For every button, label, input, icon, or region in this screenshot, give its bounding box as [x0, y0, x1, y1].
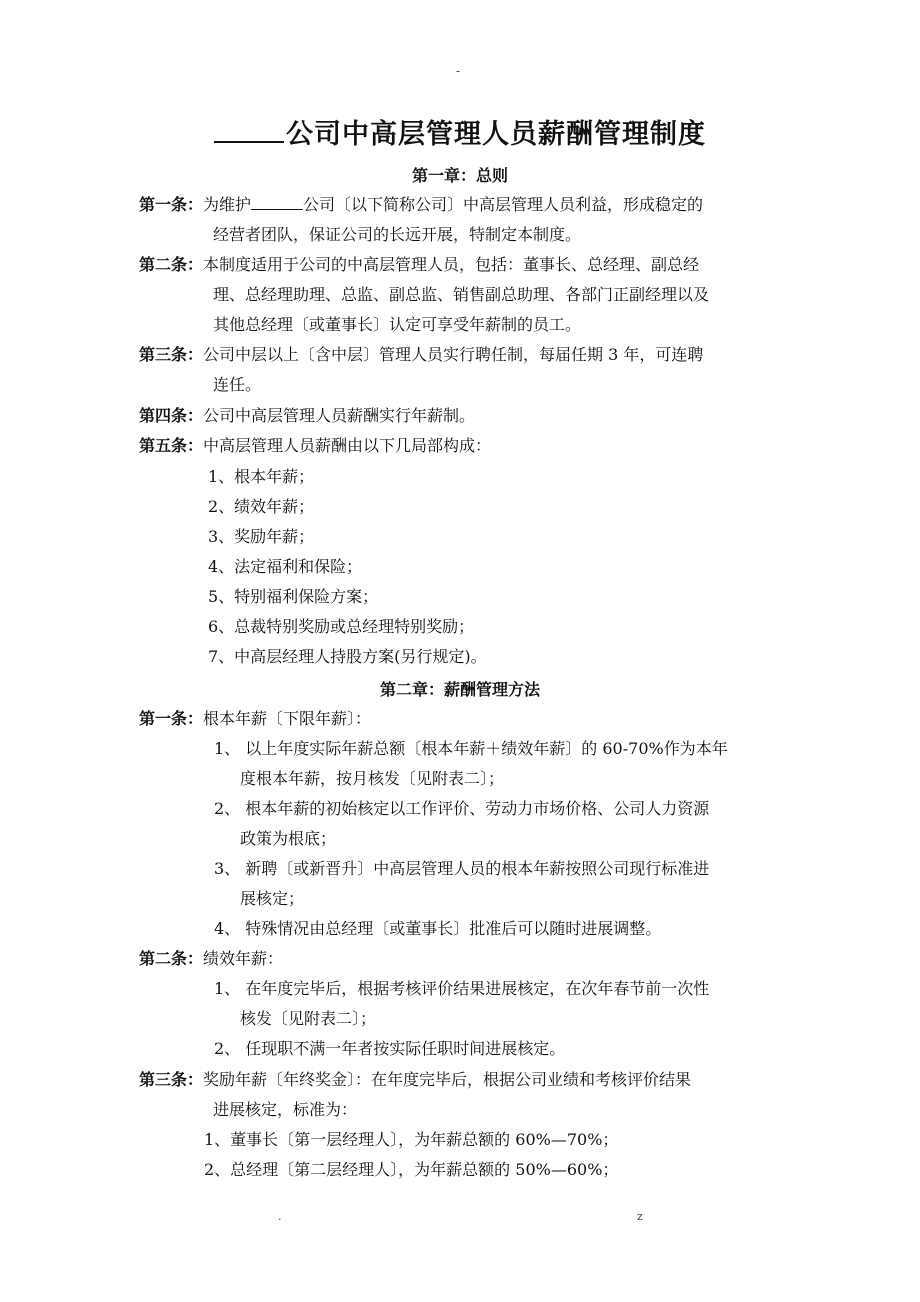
ch2-a2-item-2: 2、 任现职不满一年者按实际任职时间进展核定。: [214, 1038, 565, 1060]
ch2-article-3-line-2: 进展核定，标准为：: [213, 1099, 357, 1121]
component-item: 5、特别福利保险方案；: [208, 586, 378, 608]
ch1-article-2-line-3: 其他总经理〔或董事长〕认定可享受年薪制的员工。: [213, 314, 581, 336]
ch1-article-3-line-1: 第三条：公司中层以上〔含中层〕管理人员实行聘任制，每届任期 3 年，可连聘: [139, 344, 703, 366]
ch2-a1-item-1: 1、 以上年度实际年薪总额〔根本年薪＋绩效年薪〕的 60-70%作为本年: [214, 738, 728, 760]
component-item: 2、绩效年薪；: [208, 496, 314, 518]
chapter-2-heading: 第二章：薪酬管理方法: [0, 677, 920, 700]
component-item: 4、法定福利和保险；: [208, 556, 362, 578]
article-label: 第五条：: [139, 436, 203, 455]
ch1-article-5-line-1: 第五条：中高层管理人员薪酬由以下几局部构成：: [139, 435, 491, 457]
header-mark: -: [456, 64, 460, 78]
title-text: 公司中高层管理人员薪酬管理制度: [286, 119, 706, 150]
chapter-1-heading: 第一章：总则: [0, 163, 920, 186]
component-item: 6、总裁特别奖励或总经理特别奖励；: [208, 616, 474, 638]
ch1-article-1-line-1: 第一条：为维护公司〔以下简称公司〕中高层管理人员利益，形成稳定的: [139, 194, 703, 216]
ch2-a2-item-1-cont: 核发〔见附表二〕；: [240, 1008, 376, 1030]
component-item: 7、中高层经理人持股方案(另行规定)。: [208, 646, 487, 668]
ch2-a1-item-2: 2、 根本年薪的初始核定以工作评价、劳动力市场价格、公司人力资源: [214, 798, 709, 820]
article-label: 第一条：: [139, 709, 203, 728]
article-label: 第一条：: [139, 195, 203, 214]
ch1-article-2-line-2: 理、总经理助理、总监、副总监、销售副总助理、各部门正副经理以及: [213, 284, 709, 306]
ch2-article-1-line-1: 第一条：根本年薪〔下限年薪〕：: [139, 708, 371, 730]
ch2-a3-item-2: 2、总经理〔第二层经理人〕，为年薪总额的 50%—60%；: [204, 1159, 618, 1181]
company-name-blank-inline: [251, 195, 303, 210]
article-label: 第四条：: [139, 406, 203, 425]
ch2-article-2-line-1: 第二条：绩效年薪：: [139, 948, 283, 970]
ch2-a1-item-2-cont: 政策为根底；: [240, 828, 336, 850]
ch2-a3-item-1: 1、董事长〔第一层经理人〕，为年薪总额的 60%—70%；: [204, 1129, 618, 1151]
ch1-article-1-line-2: 经营者团队，保证公司的长远开展，特制定本制度。: [213, 224, 581, 246]
ch2-a2-item-1: 1、 在年度完毕后，根据考核评价结果进展核定，在次年春节前一次性: [214, 978, 709, 1000]
footer-left-mark: .: [278, 1210, 282, 1223]
document-page: - 公司中高层管理人员薪酬管理制度 第一章：总则 第一条：为维护公司〔以下简称公…: [0, 0, 920, 1302]
article-label: 第三条：: [139, 1070, 203, 1089]
ch2-a1-item-1-cont: 度根本年薪，按月核发〔见附表二〕；: [240, 768, 504, 790]
ch2-a1-item-3-cont: 展核定；: [240, 888, 304, 910]
document-title: 公司中高层管理人员薪酬管理制度: [0, 112, 920, 151]
ch1-article-3-line-2: 连任。: [213, 374, 261, 396]
footer-right-mark: z: [637, 1210, 643, 1223]
ch2-article-3-line-1: 第三条：奖励年薪〔年终奖金〕：在年度完毕后，根据公司业绩和考核评价结果: [139, 1069, 691, 1091]
article-label: 第二条：: [139, 949, 203, 968]
article-label: 第二条：: [139, 255, 203, 274]
component-item: 3、奖励年薪；: [208, 526, 314, 548]
company-name-blank: [214, 117, 284, 143]
component-item: 1、根本年薪；: [208, 466, 314, 488]
ch2-a1-item-4: 4、 特殊情况由总经理〔或董事长〕批准后可以随时进展调整。: [214, 918, 661, 940]
article-label: 第三条：: [139, 345, 203, 364]
ch1-article-4-line-1: 第四条：公司中高层管理人员薪酬实行年薪制。: [139, 405, 475, 427]
ch2-a1-item-3: 3、 新聘〔或新晋升〕中高层管理人员的根本年薪按照公司现行标准进: [214, 858, 709, 880]
ch1-article-2-line-1: 第二条：本制度适用于公司的中高层管理人员，包括：董事长、总经理、副总经: [139, 254, 699, 276]
